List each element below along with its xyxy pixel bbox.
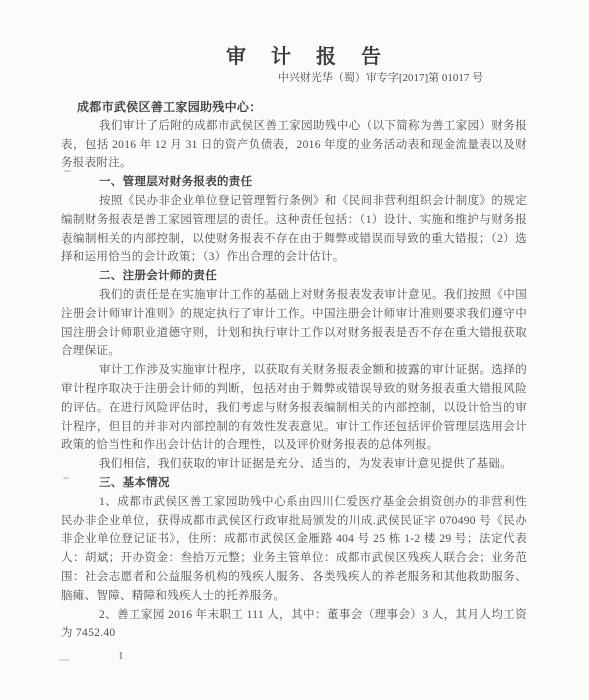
paragraph-cpa-responsibility: 我们的责任是在实施审计工作的基础上对财务报表发表审计意见。我们按照《中国注册会计… [61,286,527,361]
paragraph-audit-procedures: 审计工作涉及实施审计程序，以获取有关财务报表金额和披露的审计证据。选择的审计程序… [61,361,527,455]
scan-artifact [63,382,70,384]
scan-artifact [59,659,70,661]
paragraph-entity-registration: 1、成都市武侯区善工家园助残中心系由四川仁爱医疗基金会捐资创办的非营利性民办非企… [61,493,527,606]
scan-artifact [63,477,69,479]
audit-report-page: 审 计 报 告 中兴财光华（蜀）审专字[2017]第 01017 号 成都市武侯… [0,0,589,700]
page-number: 1 [118,650,124,662]
paragraph-management-responsibility: 按照《民办非企业单位登记管理暂行条例》和《民间非营利组织会计制度》的规定编制财务… [61,192,527,267]
paragraph-audit-scope: 我们审计了后附的成都市武侯区善工家园助残中心（以下简称为善工家园）财务报表，包括… [61,117,527,173]
report-title: 审 计 报 告 [75,45,542,69]
scan-artifact [64,170,71,172]
report-body: 成都市武侯区善工家园助残中心： 我们审计了后附的成都市武侯区善工家园助残中心（以… [61,98,527,643]
paragraph-staff-information: 2、善工家园 2016 年末职工 111 人，其中：董事会（理事会）3 人，其月… [61,606,527,644]
paragraph-audit-evidence: 我们相信，我们获取的审计证据是充分、适当的，为发表审计意见提供了基础。 [61,455,527,474]
salutation: 成都市武侯区善工家园助残中心： [61,98,527,117]
report-number: 中兴财光华（蜀）审专字[2017]第 01017 号 [147,71,589,85]
scan-artifact [64,243,70,245]
section-heading-management-responsibility: 一、管理层对财务报表的责任 [61,173,527,192]
section-heading-cpa-responsibility: 二、注册会计师的责任 [61,267,527,286]
scan-artifact [65,310,71,312]
section-heading-basic-information: 三、基本情况 [61,474,527,493]
